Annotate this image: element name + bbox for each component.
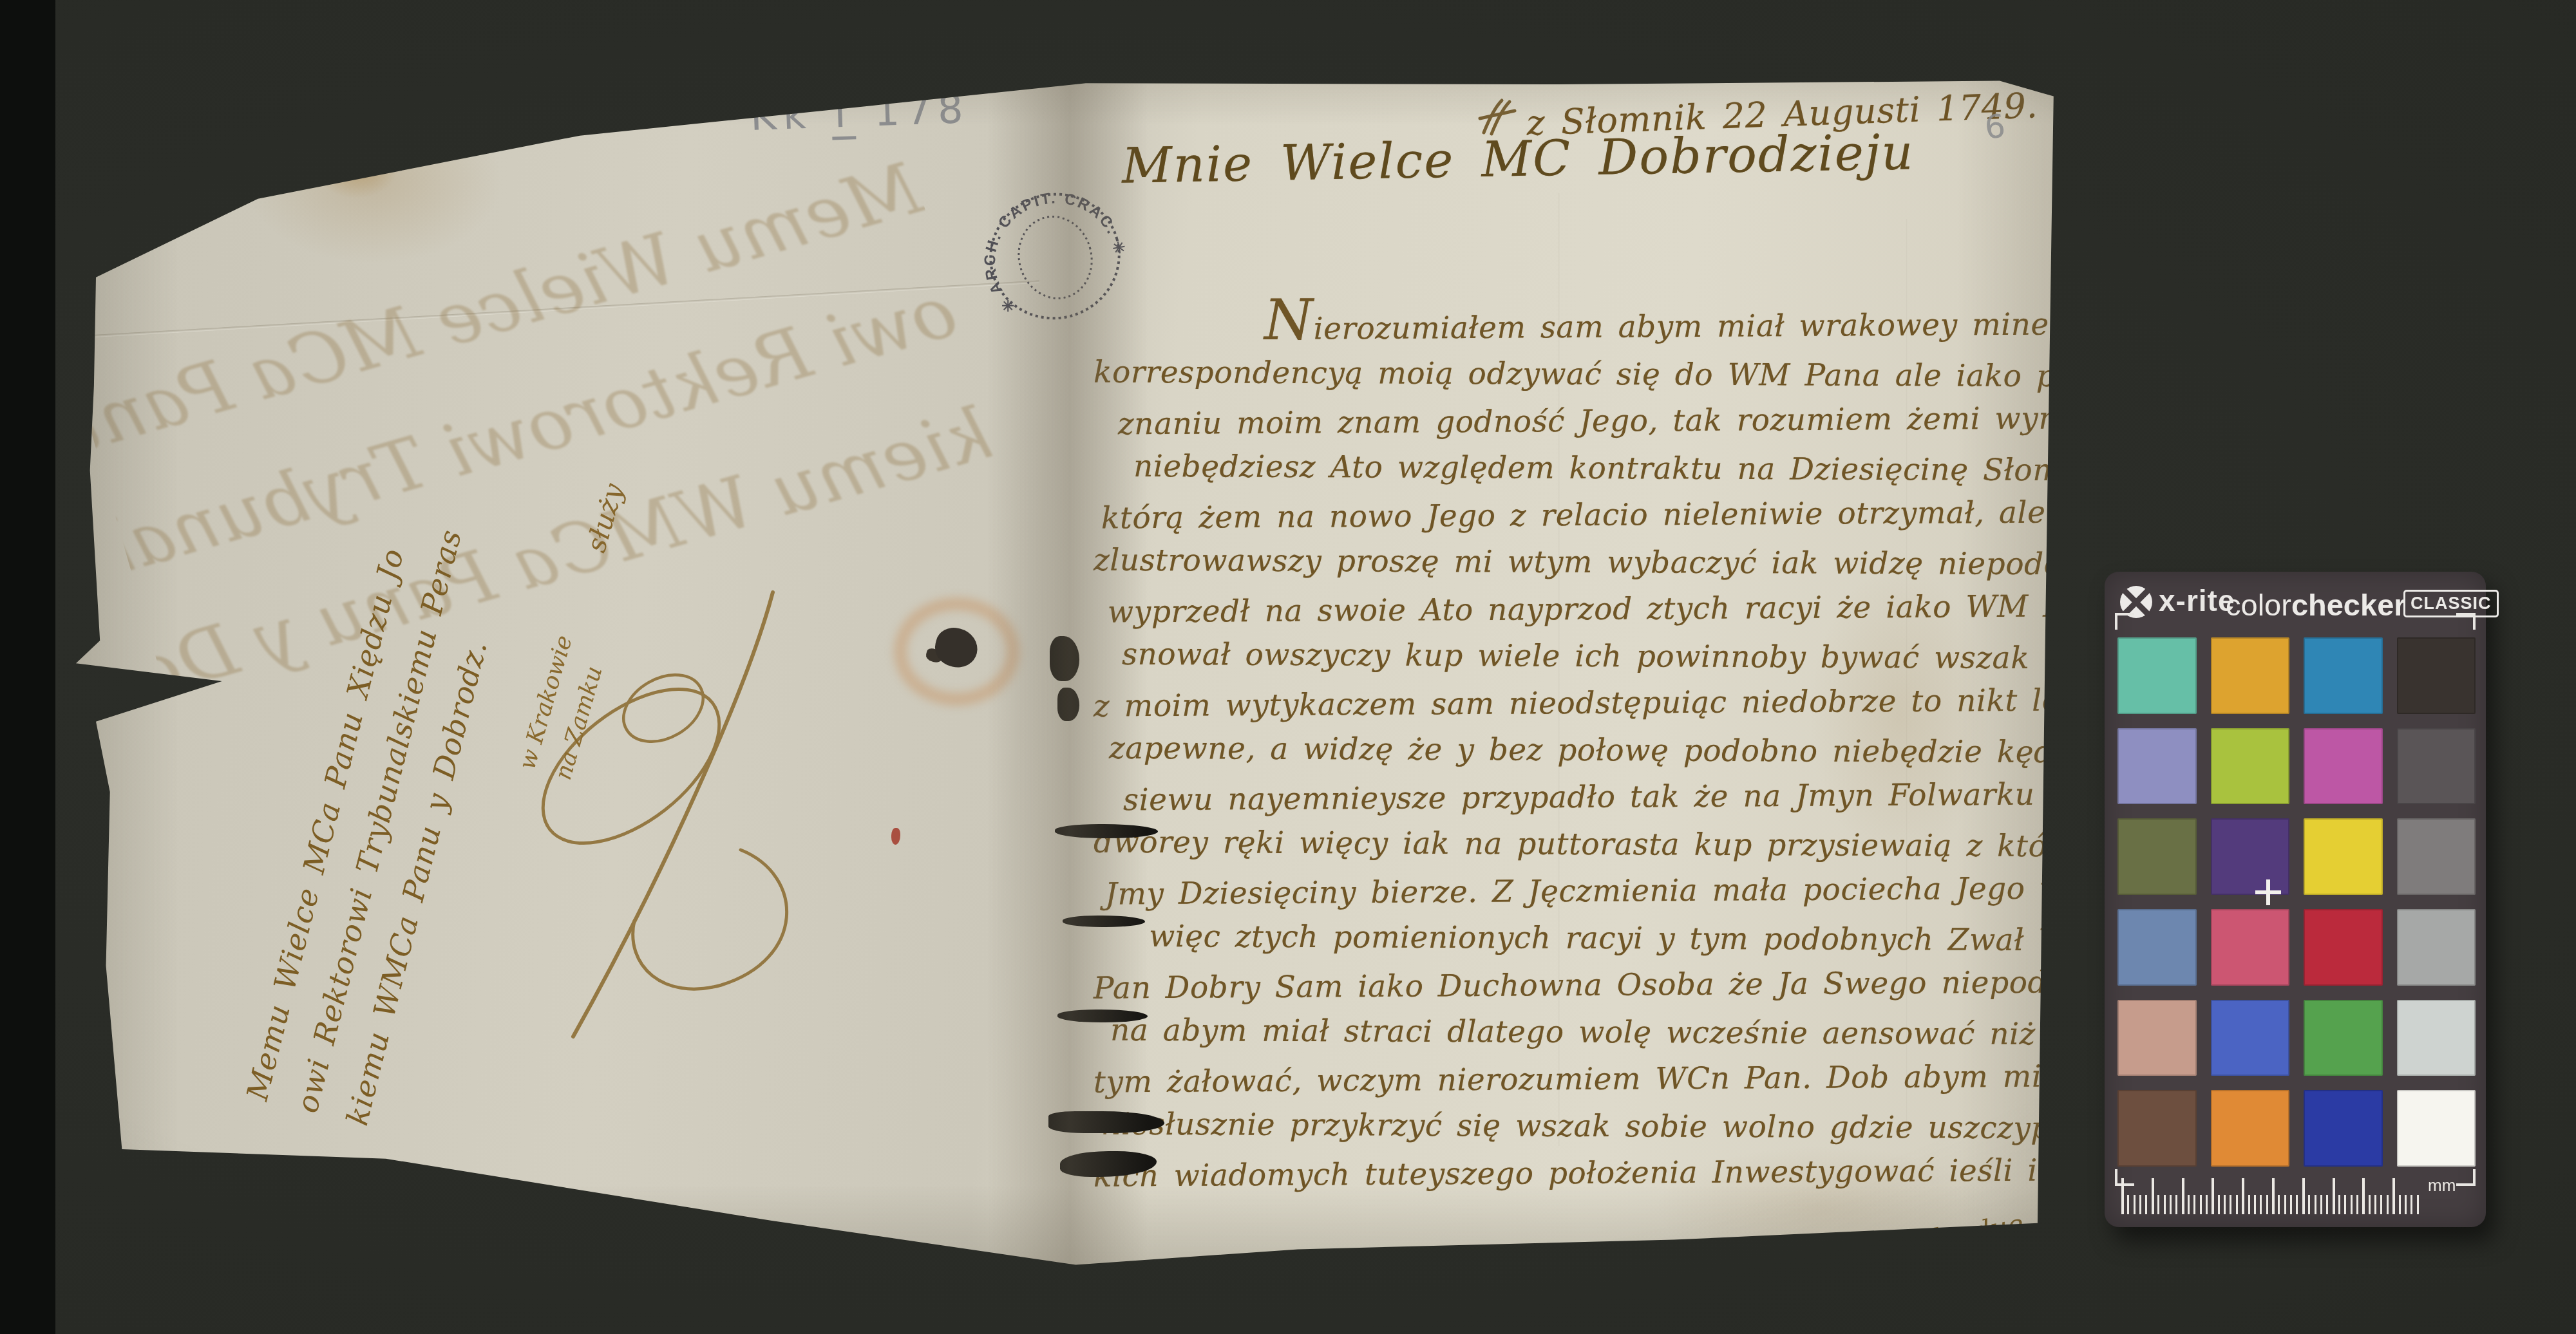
color-swatch (2117, 1000, 2197, 1076)
color-swatch (2211, 909, 2290, 986)
handwriting-line: dworey ręki więcy iak na puttorasta kup … (1094, 819, 2072, 870)
pencil-shelfmark: Kk I 178 (750, 85, 971, 140)
color-swatch (2397, 818, 2476, 895)
ruler-unit-label: mm (2428, 1176, 2456, 1196)
color-swatch (2304, 1000, 2383, 1076)
color-swatch (2304, 637, 2383, 714)
color-swatch (2304, 728, 2383, 805)
salutation: Mnie Wielce MC Dobrodzieju (1121, 123, 1915, 194)
stitching-mark (1063, 916, 1145, 927)
color-swatch (2117, 637, 2197, 714)
photographed-manuscript-scene: Memu Wielce MCa Panu Xiędzu Joowi Rektor… (0, 0, 2576, 1334)
x-rite-brand: x-rite (2159, 583, 2235, 618)
letter-body: Nierozumiałem sam abym miał wrakowey min… (1094, 304, 2072, 1197)
handwriting-line: znaniu moim znam godność Jego, tak rozum… (1094, 395, 2072, 447)
handwriting-line: którą żem na nowo Jego z relacio nieleni… (1094, 489, 2072, 541)
folio-number: 6 (1983, 107, 2007, 146)
color-swatch (2304, 909, 2383, 986)
color-swatch (2397, 909, 2476, 986)
registration-corner-icon (2456, 613, 2476, 630)
paper-stain (245, 97, 502, 264)
title-light: color (2226, 588, 2291, 622)
ink-blot (1057, 688, 1079, 721)
handwriting-line: niesłusznie przykrzyć się wszak sobie wo… (1094, 1101, 2072, 1152)
handwriting-line: zapewne, a widzę że y bez połowę podobno… (1094, 725, 2072, 776)
color-swatch (2117, 818, 2197, 895)
registration-corner-icon (2115, 613, 2134, 630)
color-swatch (2304, 818, 2383, 895)
handwriting-line: Jmy Dziesięciny bierze. Z Jęczmienia mał… (1094, 865, 2072, 917)
handwriting-line: na abym miał straci dlatego wolę wcześni… (1094, 1007, 2072, 1058)
color-swatch (2211, 637, 2290, 714)
handwriting-line: niebędziesz Ato względem kontraktu na Dz… (1094, 443, 2072, 494)
handwriting-line: korrespondencyą moią odzywać się do WM P… (1094, 349, 2072, 400)
handwriting-line: z moim wytykaczem sam nieodstępuiąc nied… (1094, 677, 2072, 729)
letter-bifolium: Memu Wielce MCa Panu Xiędzu Joowi Rektor… (58, 77, 2058, 1268)
registration-corner-icon (2456, 1169, 2476, 1186)
stitching-mark (1055, 824, 1158, 838)
color-swatch (2117, 909, 2197, 986)
handwriting-line: więc ztych pomienionych racyi y tym podo… (1094, 913, 2072, 964)
title-bold: checker (2291, 588, 2406, 622)
handwriting-line: zlustrowawszy proszę mi wtym wybaczyć ia… (1094, 537, 2072, 588)
center-cross-icon (2255, 879, 2281, 905)
colorchecker-title: colorchecker (2226, 587, 2406, 623)
shelfmark-part: 178 (873, 85, 971, 135)
shelfmark-part: Kk (750, 91, 813, 140)
shelfmark-roman-numeral: I (831, 89, 856, 140)
color-swatch (2211, 1000, 2290, 1076)
color-swatch (2397, 1090, 2476, 1167)
color-swatch (2304, 1090, 2383, 1167)
red-wax-speck (891, 828, 900, 845)
classic-badge: CLASSIC (2403, 590, 2499, 617)
color-swatch (2397, 728, 2476, 805)
colorchecker-card: x-rite colorchecker CLASSIC mm (2105, 572, 2486, 1227)
copy-stand-edge (0, 0, 55, 1334)
catchword: by due (1930, 1208, 2026, 1255)
svg-text:✳ ARCH. CAPIT. CRAC. ✳: ✳ ARCH. CAPIT. CRAC. ✳ (965, 173, 1137, 319)
handwriting-line: Pan Dobry Sam iako Duchowna Osoba że Ja … (1094, 959, 2072, 1011)
handwriting-line: wyprzedł na swoie Ato nayprzod ztych rac… (1094, 583, 2072, 635)
color-swatch (2117, 728, 2197, 805)
handwriting-line: tym żałować, wczym nierozumiem WCn Pan. … (1094, 1053, 2072, 1105)
handwriting-line: siewu nayemnieysze przypadło tak że na J… (1094, 771, 2072, 823)
color-swatch (2397, 1000, 2476, 1076)
swatch-grid (2117, 637, 2476, 1167)
ink-blot (1050, 636, 1079, 681)
color-swatch (2397, 637, 2476, 714)
color-swatch (2117, 1090, 2197, 1167)
stitching-mark (1057, 1010, 1148, 1022)
handwriting-line: kich wiadomych tuteyszego położenia Inwe… (1094, 1147, 2072, 1199)
paper-stain (314, 136, 398, 198)
wax-seal-remnant (894, 597, 1019, 706)
millimeter-ruler (2121, 1178, 2423, 1214)
color-swatch (2211, 728, 2290, 805)
stitching-mark (1048, 1111, 1164, 1133)
handwriting-line: Nierozumiałem sam abym miał wrakowey min… (1094, 301, 2072, 353)
ink-flourish (470, 573, 831, 1075)
stamp-text: ✳ ARCH. CAPIT. CRAC. ✳ (965, 173, 1137, 319)
handwriting-line: snował owszyczy kup wiele ich powinnoby … (1094, 631, 2072, 682)
color-swatch (2211, 1090, 2290, 1167)
